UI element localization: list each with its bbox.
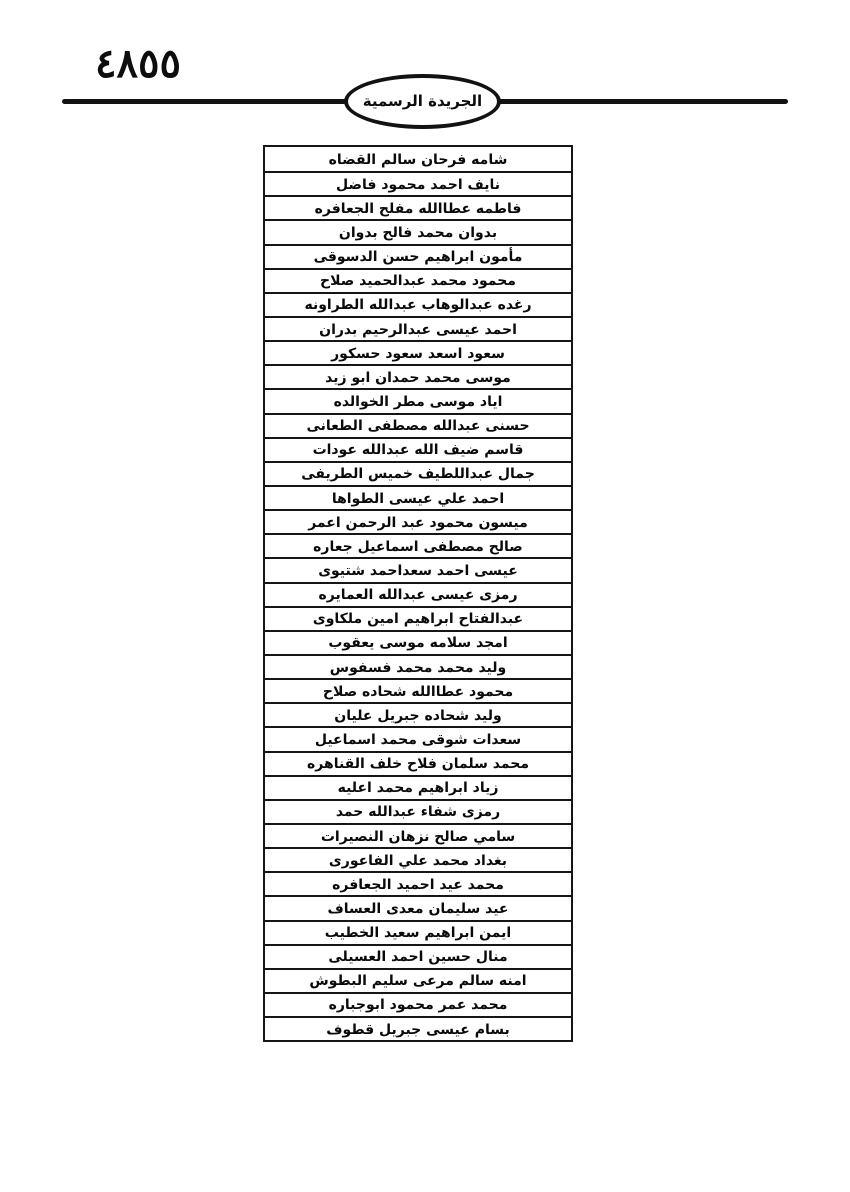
table-row: عيد سليمان معدى العساف [265, 895, 571, 919]
person-name: ميسون محمود عبد الرحمن اعمر [308, 515, 528, 530]
table-row: رمزى عيسى عبدالله العمايره [265, 582, 571, 606]
table-row: محمد عمر محمود ابوجباره [265, 992, 571, 1016]
table-row: محمود محمد عبدالحميد صلاح [265, 268, 571, 292]
table-row: جمال عبداللطيف خميس الطريفى [265, 461, 571, 485]
table-row: زياد ابراهيم محمد اعليه [265, 775, 571, 799]
table-row: امجد سلامه موسى يعقوب [265, 630, 571, 654]
person-name: محمد عمر محمود ابوجباره [329, 997, 508, 1012]
person-name: عيد سليمان معدى العساف [328, 901, 509, 916]
person-name: قاسم ضيف الله عبدالله عودات [313, 442, 524, 457]
table-row: فاطمه عطاالله مفلح الجعافره [265, 195, 571, 219]
table-row: سامي صالح نزهان النصيرات [265, 823, 571, 847]
person-name: منال حسين احمد العسيلى [328, 949, 507, 964]
table-row: موسى محمد حمدان ابو زيد [265, 364, 571, 388]
table-row: قاسم ضيف الله عبدالله عودات [265, 437, 571, 461]
table-row: عبدالفتاح ابراهيم امين ملكاوى [265, 606, 571, 630]
person-name: وليد شحاده جبريل عليان [334, 708, 501, 723]
table-row: وليد محمد محمد فسفوس [265, 654, 571, 678]
person-name: ايمن ابراهيم سعيد الخطيب [325, 925, 511, 940]
person-name: سعدات شوقى محمد اسماعيل [315, 732, 521, 747]
table-row: رمزى شفاء عبدالله حمد [265, 799, 571, 823]
person-name: عيسى احمد سعداحمد شتيوى [318, 563, 518, 578]
person-name: محمد سلمان فلاح خلف القناهره [307, 756, 529, 771]
person-name: حسنى عبدالله مصطفى الطعانى [306, 418, 529, 433]
person-name: سعود اسعد سعود حسكور [331, 346, 505, 361]
table-row: احمد علي عيسى الطواها [265, 485, 571, 509]
person-name: محمود عطاالله شحاده صلاح [323, 684, 513, 699]
person-name: بدوان محمد فالح بدوان [339, 225, 497, 240]
person-name: محمد عيد احميد الجعافره [332, 877, 504, 892]
person-name: وليد محمد محمد فسفوس [330, 660, 506, 675]
person-name: عبدالفتاح ابراهيم امين ملكاوى [313, 611, 523, 626]
table-row: رغده عبدالوهاب عبدالله الطراونه [265, 292, 571, 316]
page-number: ٤٨٥٥ [88, 40, 188, 87]
table-row: ايمن ابراهيم سعيد الخطيب [265, 920, 571, 944]
person-name: زياد ابراهيم محمد اعليه [338, 780, 499, 795]
table-row: محمد عيد احميد الجعافره [265, 871, 571, 895]
names-table: شامه فرحان سالم القضاهنايف احمد محمود فا… [263, 145, 573, 1042]
gazette-banner-title: الجريدة الرسمية [363, 92, 482, 112]
table-row: بدوان محمد فالح بدوان [265, 219, 571, 243]
table-row: اياد موسى مطر الخوالده [265, 388, 571, 412]
person-name: نايف احمد محمود فاضل [336, 177, 500, 192]
table-row: امنه سالم مرعى سليم البطوش [265, 968, 571, 992]
table-row: محمد سلمان فلاح خلف القناهره [265, 751, 571, 775]
table-row: بسام عيسى جبريل قطوف [265, 1016, 571, 1040]
table-row: مأمون ابراهيم حسن الدسوقى [265, 244, 571, 268]
table-row: سعود اسعد سعود حسكور [265, 340, 571, 364]
table-row: ميسون محمود عبد الرحمن اعمر [265, 509, 571, 533]
person-name: شامه فرحان سالم القضاه [329, 152, 508, 167]
person-name: سامي صالح نزهان النصيرات [321, 829, 515, 844]
gazette-banner-ellipse: الجريدة الرسمية [344, 74, 501, 129]
person-name: مأمون ابراهيم حسن الدسوقى [314, 249, 523, 264]
person-name: احمد عيسى عبدالرحيم بدران [319, 322, 517, 337]
table-row: صالح مصطفى اسماعيل جعاره [265, 533, 571, 557]
table-row: نايف احمد محمود فاضل [265, 171, 571, 195]
person-name: امجد سلامه موسى يعقوب [328, 635, 507, 650]
person-name: محمود محمد عبدالحميد صلاح [320, 273, 516, 288]
person-name: احمد علي عيسى الطواها [332, 491, 504, 506]
table-row: شامه فرحان سالم القضاه [265, 147, 571, 171]
person-name: فاطمه عطاالله مفلح الجعافره [315, 201, 522, 216]
person-name: جمال عبداللطيف خميس الطريفى [301, 466, 535, 481]
table-row: حسنى عبدالله مصطفى الطعانى [265, 413, 571, 437]
person-name: بغداد محمد علي الفاعورى [329, 853, 507, 868]
person-name: رمزى شفاء عبدالله حمد [336, 804, 500, 819]
person-name: رغده عبدالوهاب عبدالله الطراونه [304, 297, 531, 312]
person-name: اياد موسى مطر الخوالده [334, 394, 503, 409]
table-row: عيسى احمد سعداحمد شتيوى [265, 557, 571, 581]
table-row: سعدات شوقى محمد اسماعيل [265, 726, 571, 750]
person-name: رمزى عيسى عبدالله العمايره [318, 587, 517, 602]
table-row: وليد شحاده جبريل عليان [265, 702, 571, 726]
person-name: امنه سالم مرعى سليم البطوش [309, 973, 526, 988]
person-name: بسام عيسى جبريل قطوف [326, 1022, 509, 1037]
person-name: صالح مصطفى اسماعيل جعاره [313, 539, 523, 554]
person-name: موسى محمد حمدان ابو زيد [325, 370, 511, 385]
table-row: منال حسين احمد العسيلى [265, 944, 571, 968]
gazette-page: { "page": { "number": "٤٨٥٥", "banner": … [0, 0, 850, 1192]
table-row: محمود عطاالله شحاده صلاح [265, 678, 571, 702]
table-row: بغداد محمد علي الفاعورى [265, 847, 571, 871]
table-row: احمد عيسى عبدالرحيم بدران [265, 316, 571, 340]
